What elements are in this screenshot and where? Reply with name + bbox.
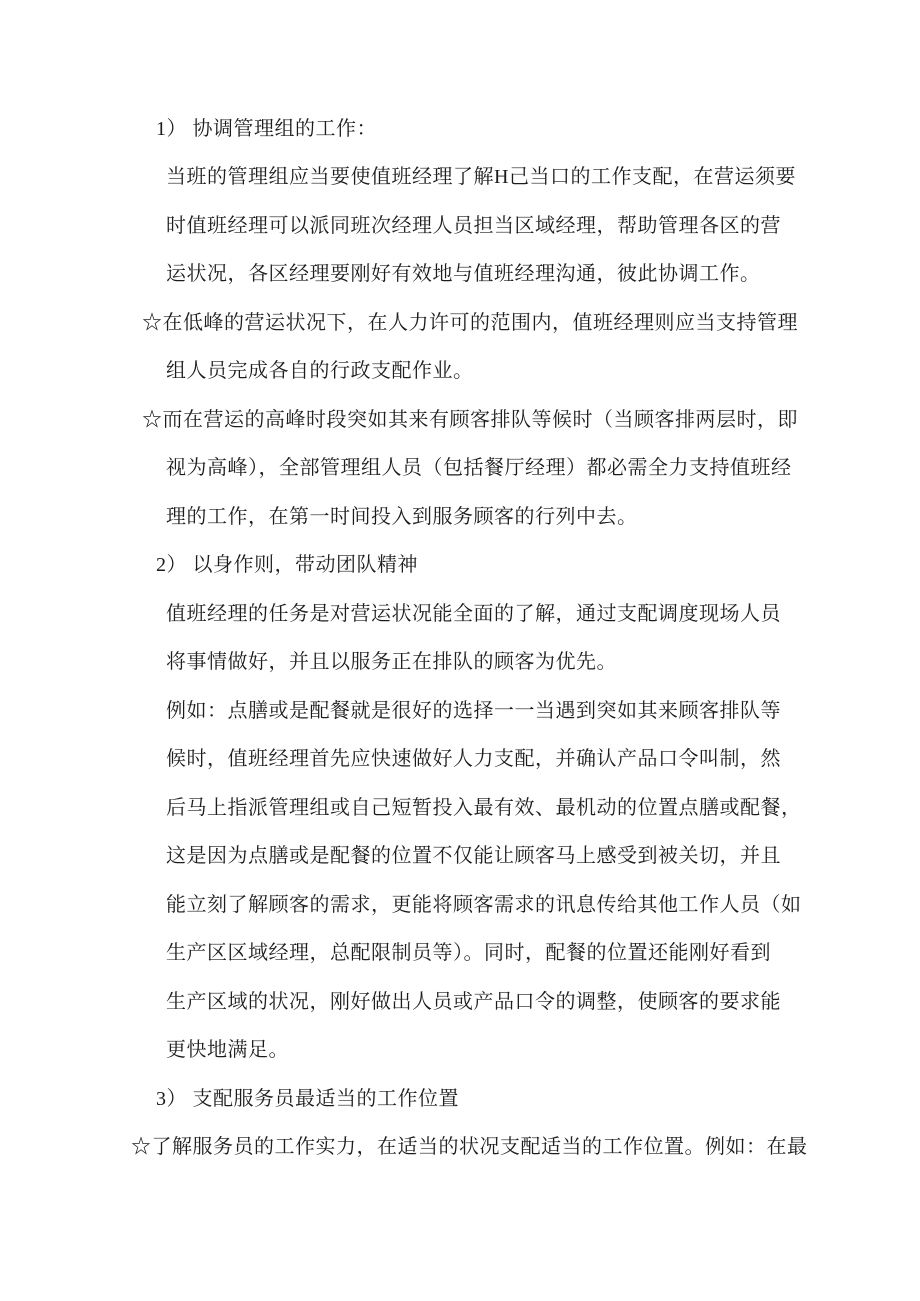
text-line: 视为高峰），全部管理组人员（包括餐厅经理）都必需全力支持值班经 bbox=[0, 442, 920, 491]
text-line: 理的工作，在第一时间投入到服务顾客的行列中去。 bbox=[0, 490, 920, 539]
text-line: 当班的管理组应当要使值班经理了解H己当口的工作支配，在营运须要 bbox=[0, 151, 920, 200]
text-line: ☆在低峰的营运状况下，在人力许可的范围内，值班经理则应当支持管理 bbox=[0, 296, 920, 345]
text-line: 运状况，各区经理要刚好有效地与值班经理沟通，彼此协调工作。 bbox=[0, 248, 920, 297]
text-line: 组人员完成各自的行政支配作业。 bbox=[0, 345, 920, 394]
text-line: 时值班经理可以派同班次经理人员担当区域经理，帮助管理各区的营 bbox=[0, 199, 920, 248]
text-line: 这是因为点膳或是配餐的位置不仅能让顾客马上感受到被关切，并且 bbox=[0, 830, 920, 879]
text-line: 候时，值班经理首先应快速做好人力支配，并确认产品口令叫制，然 bbox=[0, 733, 920, 782]
text-line: 生产区域的状况，刚好做出人员或产品口令的调整，使顾客的要求能 bbox=[0, 975, 920, 1024]
document-content: 1） 协调管理组的工作：当班的管理组应当要使值班经理了解H己当口的工作支配，在营… bbox=[0, 102, 920, 1169]
text-line: 生产区区域经理，总配限制员等）。同时，配餐的位置还能刚好看到 bbox=[0, 927, 920, 976]
text-line: 能立刻了解顾客的需求，更能将顾客需求的讯息传给其他工作人员（如 bbox=[0, 878, 920, 927]
text-line: 将事情做好，并且以服务正在排队的顾客为优先。 bbox=[0, 636, 920, 685]
text-line: 1） 协调管理组的工作： bbox=[0, 102, 920, 151]
text-line: 例如：点膳或是配餐就是很好的选择一一当遇到突如其来顾客排队等 bbox=[0, 684, 920, 733]
text-line: 更快地满足。 bbox=[0, 1024, 920, 1073]
text-line: 后马上指派管理组或自己短暂投入最有效、最机动的位置点膳或配餐， bbox=[0, 781, 920, 830]
document-page: 1） 协调管理组的工作：当班的管理组应当要使值班经理了解H己当口的工作支配，在营… bbox=[0, 0, 920, 1301]
text-line: ☆了解服务员的工作实力，在适当的状况支配适当的工作位置。例如：在最 bbox=[0, 1121, 920, 1170]
text-line: 值班经理的任务是对营运状况能全面的了解，通过支配调度现场人员 bbox=[0, 587, 920, 636]
text-line: 2） 以身作则，带动团队精神 bbox=[0, 539, 920, 588]
text-line: 3） 支配服务员最适当的工作位置 bbox=[0, 1072, 920, 1121]
text-line: ☆而在营运的高峰时段突如其来有顾客排队等候时（当顾客排两层时，即 bbox=[0, 393, 920, 442]
